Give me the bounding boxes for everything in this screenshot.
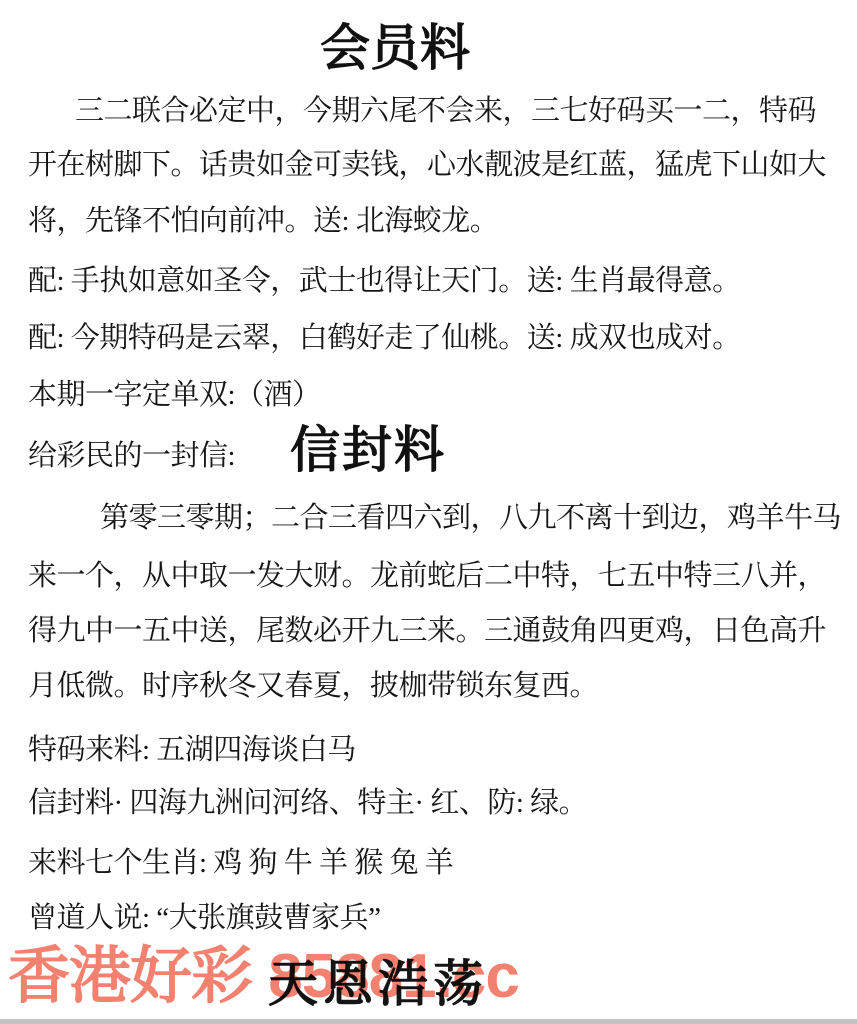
envelope-paragraph-line-3: 得九中一五中送，尾数必开九三来。三通鼓角四更鸡，日色高升 xyxy=(28,611,826,651)
envelope-paragraph-line-2: 来一个，从中取一发大财。龙前蛇后二中特，七五中特三八并， xyxy=(28,556,826,596)
zengdaoren-quote-line: 曾道人说: “大张旗鼓曹家兵” xyxy=(28,898,381,938)
scan-page: 会员料 三二联合必定中，今期六尾不会来，三七好码买一二，特码 开在树脚下。话贵如… xyxy=(0,0,857,1024)
pairing-line-1: 配: 手执如意如圣令，武士也得让天门。送: 生肖最得意。 xyxy=(28,261,741,301)
pairing-line-2: 配: 今期特码是云翠，白鹤好走了仙桃。送: 成双也成对。 xyxy=(28,318,741,358)
member-paragraph-line-2: 开在树脚下。话贵如金可卖钱，心水靓波是红蓝，猛虎下山如大 xyxy=(28,145,826,185)
member-section-title: 会员料 xyxy=(320,20,470,76)
envelope-detail-line: 信封料· 四海九洲问河络、特主· 红、防: 绿。 xyxy=(28,783,587,823)
envelope-intro-label: 给彩民的一封信: xyxy=(28,436,235,476)
zodiac-line: 来料七个生肖: 鸡 狗 牛 羊 猴 兔 羊 xyxy=(28,843,453,883)
envelope-paragraph-line-4: 月低微。时序秋冬又春夏，披枷带锁东复西。 xyxy=(28,666,598,706)
special-code-line: 特码来料: 五湖四海谈白马 xyxy=(28,730,356,770)
envelope-paragraph-line-1: 第零三零期；二合三看四六到，八九不离十到边，鸡羊牛马 xyxy=(100,498,841,538)
member-paragraph-line-1: 三二联合必定中，今期六尾不会来，三七好码买一二，特码 xyxy=(75,91,816,131)
site-watermark: 香港好彩 85881.cc xyxy=(8,944,519,1010)
scan-edge-artifact xyxy=(0,1019,857,1024)
odd-even-line: 本期一字定单双:（酒） xyxy=(28,375,321,415)
member-paragraph-line-3: 将，先锋不怕向前冲。送: 北海蛟龙。 xyxy=(28,201,498,241)
envelope-section-title: 信封料 xyxy=(290,422,446,478)
